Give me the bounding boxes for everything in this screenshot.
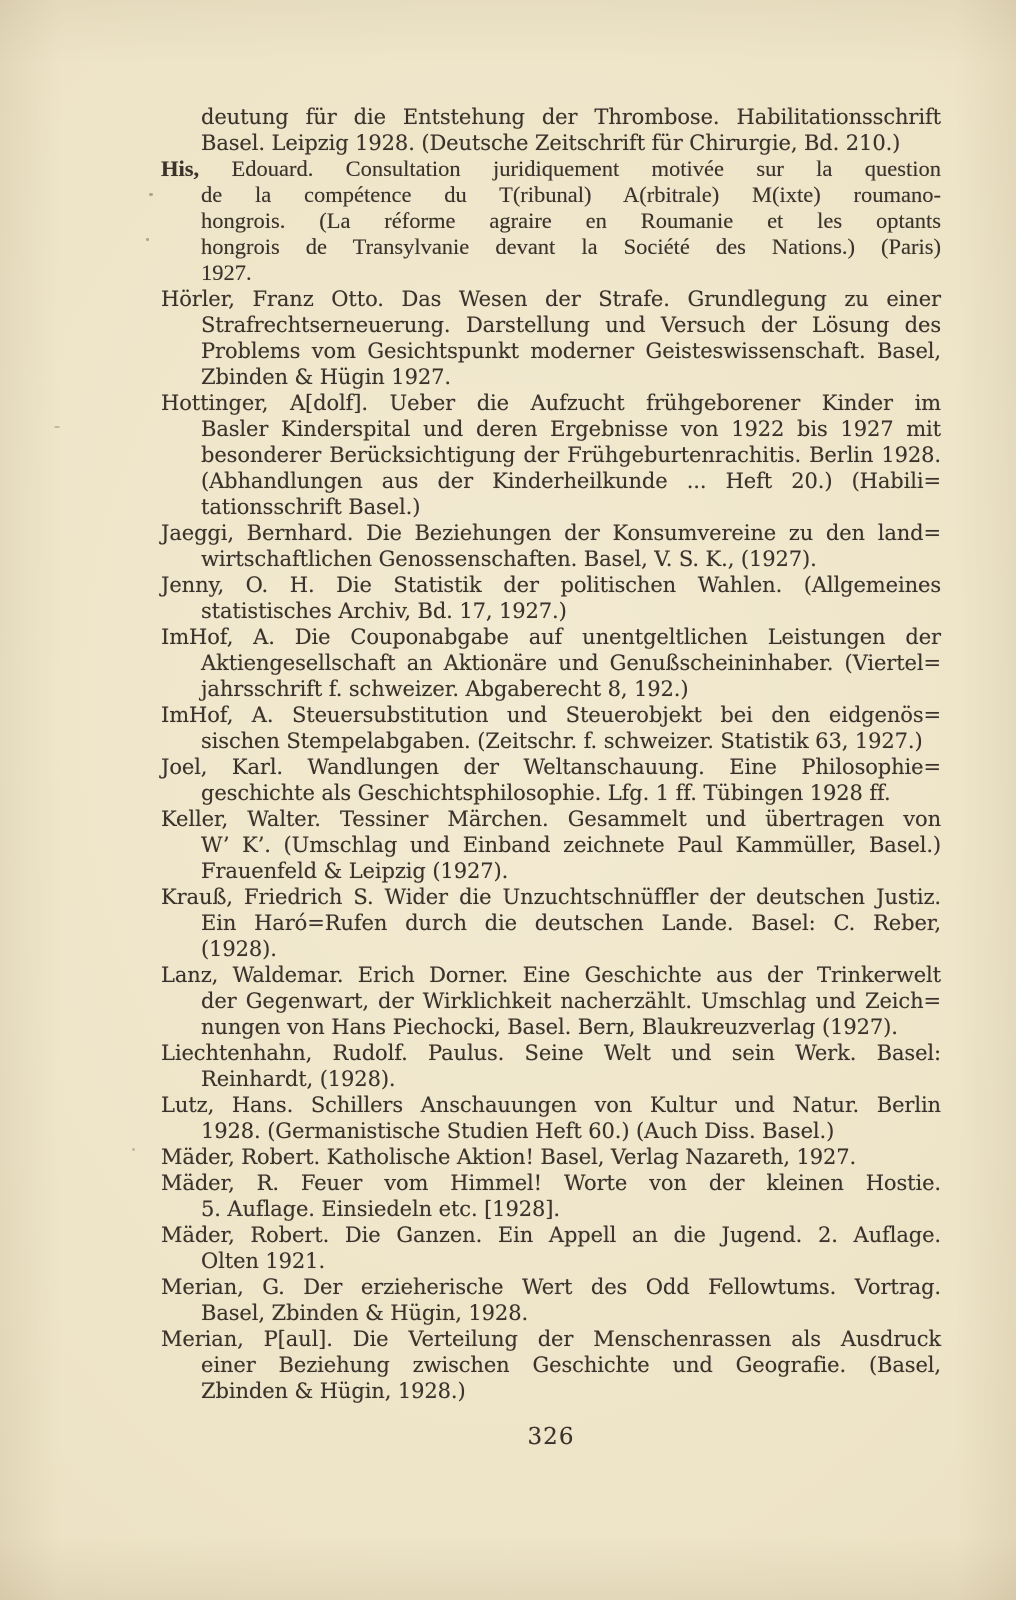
text-line: Mäder, Robert. Katholische Aktion! Basel… (161, 1144, 941, 1170)
text-line: Zbinden & Hügin 1927. (161, 364, 941, 390)
text-line: Ein Haró=Rufen durch die deutschen Lande… (161, 910, 941, 936)
bibliography-entry: Lutz, Hans. Schillers Anschauungen von K… (161, 1092, 941, 1144)
text-line: hongrois de Transylvanie devant la Socié… (161, 234, 941, 260)
bibliography-entry: His, Edouard. Consultation juridiquement… (161, 156, 941, 286)
text-line: einer Beziehung zwischen Geschichte und … (161, 1352, 941, 1378)
text-line: (1928). (161, 936, 941, 962)
paper-speck (149, 193, 153, 196)
bibliography-entry: Jaeggi, Bernhard. Die Beziehungen der Ko… (161, 520, 941, 572)
text-line: Olten 1921. (161, 1248, 941, 1274)
text-line: Keller, Walter. Tessiner Märchen. Gesamm… (161, 806, 941, 832)
text-line: 1928. (Germanistische Studien Heft 60.) … (161, 1118, 941, 1144)
bibliography-entry: Hottinger, A[dolf]. Ueber die Aufzucht f… (161, 390, 941, 520)
text-line: deutung für die Entstehung der Thrombose… (161, 104, 941, 130)
bibliography-entry: Jenny, O. H. Die Statistik der politisch… (161, 572, 941, 624)
bibliography-entry: Mäder, R. Feuer vom Himmel! Worte von de… (161, 1170, 941, 1222)
text-line: Problems vom Gesichtspunkt moderner Geis… (161, 338, 941, 364)
paper-speck (132, 1148, 135, 1151)
text-line: Joel, Karl. Wandlungen der Weltanschauun… (161, 754, 941, 780)
text-line: besonderer Berücksichtigung der Frühgebu… (161, 442, 941, 468)
text-line: Lutz, Hans. Schillers Anschauungen von K… (161, 1092, 941, 1118)
text-line: Basel, Zbinden & Hügin, 1928. (161, 1300, 941, 1326)
text-line: der Gegenwart, der Wirklichkeit nacherzä… (161, 988, 941, 1014)
text-line: Mäder, R. Feuer vom Himmel! Worte von de… (161, 1170, 941, 1196)
bibliography-entry: Mäder, Robert. Die Ganzen. Ein Appell an… (161, 1222, 941, 1274)
text-line: wirtschaftlichen Genossenschaften. Basel… (161, 546, 941, 572)
bibliography-entry: Lanz, Waldemar. Erich Dorner. Eine Gesch… (161, 962, 941, 1040)
bibliography-entry: Krauß, Friedrich S. Wider die Unzuchtsch… (161, 884, 941, 962)
bibliography-entry: Merian, G. Der erzieherische Wert des Od… (161, 1274, 941, 1326)
bibliography-entry: Liechtenhahn, Rudolf. Paulus. Seine Welt… (161, 1040, 941, 1092)
page-number: 326 (161, 1424, 941, 1450)
text-line: Hottinger, A[dolf]. Ueber die Aufzucht f… (161, 390, 941, 416)
paper-speck (54, 426, 60, 428)
bibliography-entry: deutung für die Entstehung der Thrombose… (161, 104, 941, 156)
text-line: de la compétence du T(ribunal) A(rbitral… (161, 182, 941, 208)
text-line: His, Edouard. Consultation juridiquement… (161, 156, 941, 182)
text-line: Hörler, Franz Otto. Das Wesen der Strafe… (161, 286, 941, 312)
text-line: Liechtenhahn, Rudolf. Paulus. Seine Welt… (161, 1040, 941, 1066)
text-line: Mäder, Robert. Die Ganzen. Ein Appell an… (161, 1222, 941, 1248)
bibliography-entry: Keller, Walter. Tessiner Märchen. Gesamm… (161, 806, 941, 884)
text-line: hongrois. (La réforme agraire en Roumani… (161, 208, 941, 234)
paper-speck (146, 238, 149, 241)
text-line: sischen Stempelabgaben. (Zeitschr. f. sc… (161, 728, 941, 754)
text-line: (Abhandlungen aus der Kinderheilkunde ..… (161, 468, 941, 494)
bibliography-entry: Joel, Karl. Wandlungen der Weltanschauun… (161, 754, 941, 806)
bibliography-entry: Mäder, Robert. Katholische Aktion! Basel… (161, 1144, 941, 1170)
text-line: Lanz, Waldemar. Erich Dorner. Eine Gesch… (161, 962, 941, 988)
text-line: Basel. Leipzig 1928. (Deutsche Zeitschri… (161, 130, 941, 156)
text-line: Aktiengesellschaft an Aktionäre und Genu… (161, 650, 941, 676)
text-line: ImHof, A. Steuersubstitution und Steuero… (161, 702, 941, 728)
text-line: ImHof, A. Die Couponabgabe auf unentgelt… (161, 624, 941, 650)
book-page: deutung für die Entstehung der Thrombose… (0, 0, 1016, 1600)
bibliography-entry: ImHof, A. Steuersubstitution und Steuero… (161, 702, 941, 754)
text-line: Jaeggi, Bernhard. Die Beziehungen der Ko… (161, 520, 941, 546)
text-line: Zbinden & Hügin, 1928.) (161, 1378, 941, 1404)
text-line: geschichte als Geschichtsphilosophie. Lf… (161, 780, 941, 806)
text-line: 1927. (161, 260, 941, 286)
bibliography-entry: Hörler, Franz Otto. Das Wesen der Strafe… (161, 286, 941, 390)
text-line: Basler Kinderspital und deren Ergebnisse… (161, 416, 941, 442)
text-line: Jenny, O. H. Die Statistik der politisch… (161, 572, 941, 598)
text-line: 5. Auflage. Einsiedeln etc. [1928]. (161, 1196, 941, 1222)
text-line: jahrsschrift f. schweizer. Abgaberecht 8… (161, 676, 941, 702)
bibliography-list: deutung für die Entstehung der Thrombose… (161, 104, 941, 1404)
bibliography-entry: ImHof, A. Die Couponabgabe auf unentgelt… (161, 624, 941, 702)
text-line: W’ K’. (Umschlag und Einband zeichnete P… (161, 832, 941, 858)
bibliography-entry: Merian, P[aul]. Die Verteilung der Mensc… (161, 1326, 941, 1404)
text-line: Merian, G. Der erzieherische Wert des Od… (161, 1274, 941, 1300)
text-line: tationsschrift Basel.) (161, 494, 941, 520)
text-line: Frauenfeld & Leipzig (1927). (161, 858, 941, 884)
text-line: Krauß, Friedrich S. Wider die Unzuchtsch… (161, 884, 941, 910)
entry-author: His, (161, 156, 199, 181)
text-line: statistisches Archiv, Bd. 17, 1927.) (161, 598, 941, 624)
text-line: Strafrechtserneuerung. Darstellung und V… (161, 312, 941, 338)
text-line: Reinhardt, (1928). (161, 1066, 941, 1092)
text-line: Merian, P[aul]. Die Verteilung der Mensc… (161, 1326, 941, 1352)
text-line: nungen von Hans Piechocki, Basel. Bern, … (161, 1014, 941, 1040)
